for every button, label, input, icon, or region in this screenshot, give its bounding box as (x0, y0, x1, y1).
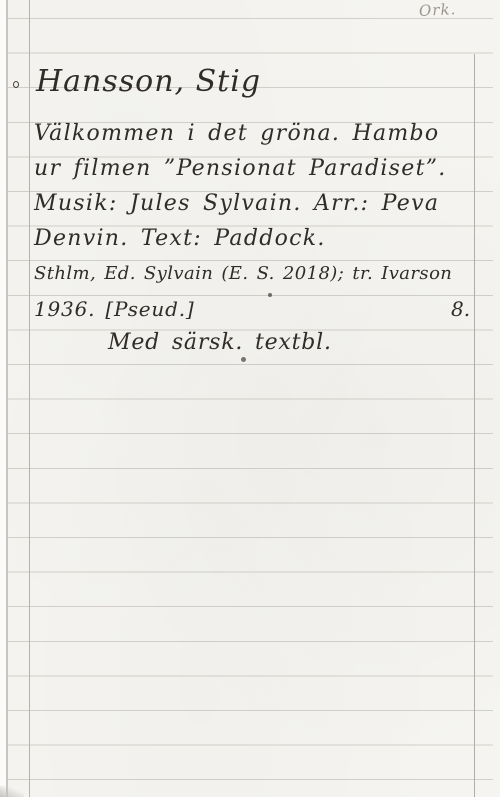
entry-line-music-credit: Musik: Jules Sylvain. Arr.: Peva (34, 193, 439, 215)
right-margin-line (474, 54, 475, 797)
entry-heading: Hansson, Stig (36, 67, 261, 97)
catalog-card-page: Ork. Hansson, Stig Välkommen i det gröna… (0, 0, 500, 797)
margin-circle-mark (13, 81, 19, 88)
corner-classification-note: Ork. (419, 2, 457, 19)
entry-line-film-source: ur filmen ”Pensionat Paradiset”. (34, 158, 447, 180)
page-number: 8. (451, 299, 470, 319)
scan-edge-strip (0, 0, 8, 797)
ink-speck (241, 357, 246, 362)
scan-corner-shadow (0, 786, 24, 797)
entry-note: Med särsk. textbl. (108, 332, 332, 354)
entry-line-year-pseud: 1936. [Pseud.] (34, 299, 194, 319)
left-margin-line (29, 0, 30, 797)
entry-line-imprint: Sthlm, Ed. Sylvain (E. S. 2018); tr. Iva… (34, 265, 452, 283)
entry-line-title: Välkommen i det gröna. Hambo (34, 123, 439, 145)
ink-speck (268, 293, 272, 297)
entry-line-text-credit: Denvin. Text: Paddock. (34, 228, 326, 250)
